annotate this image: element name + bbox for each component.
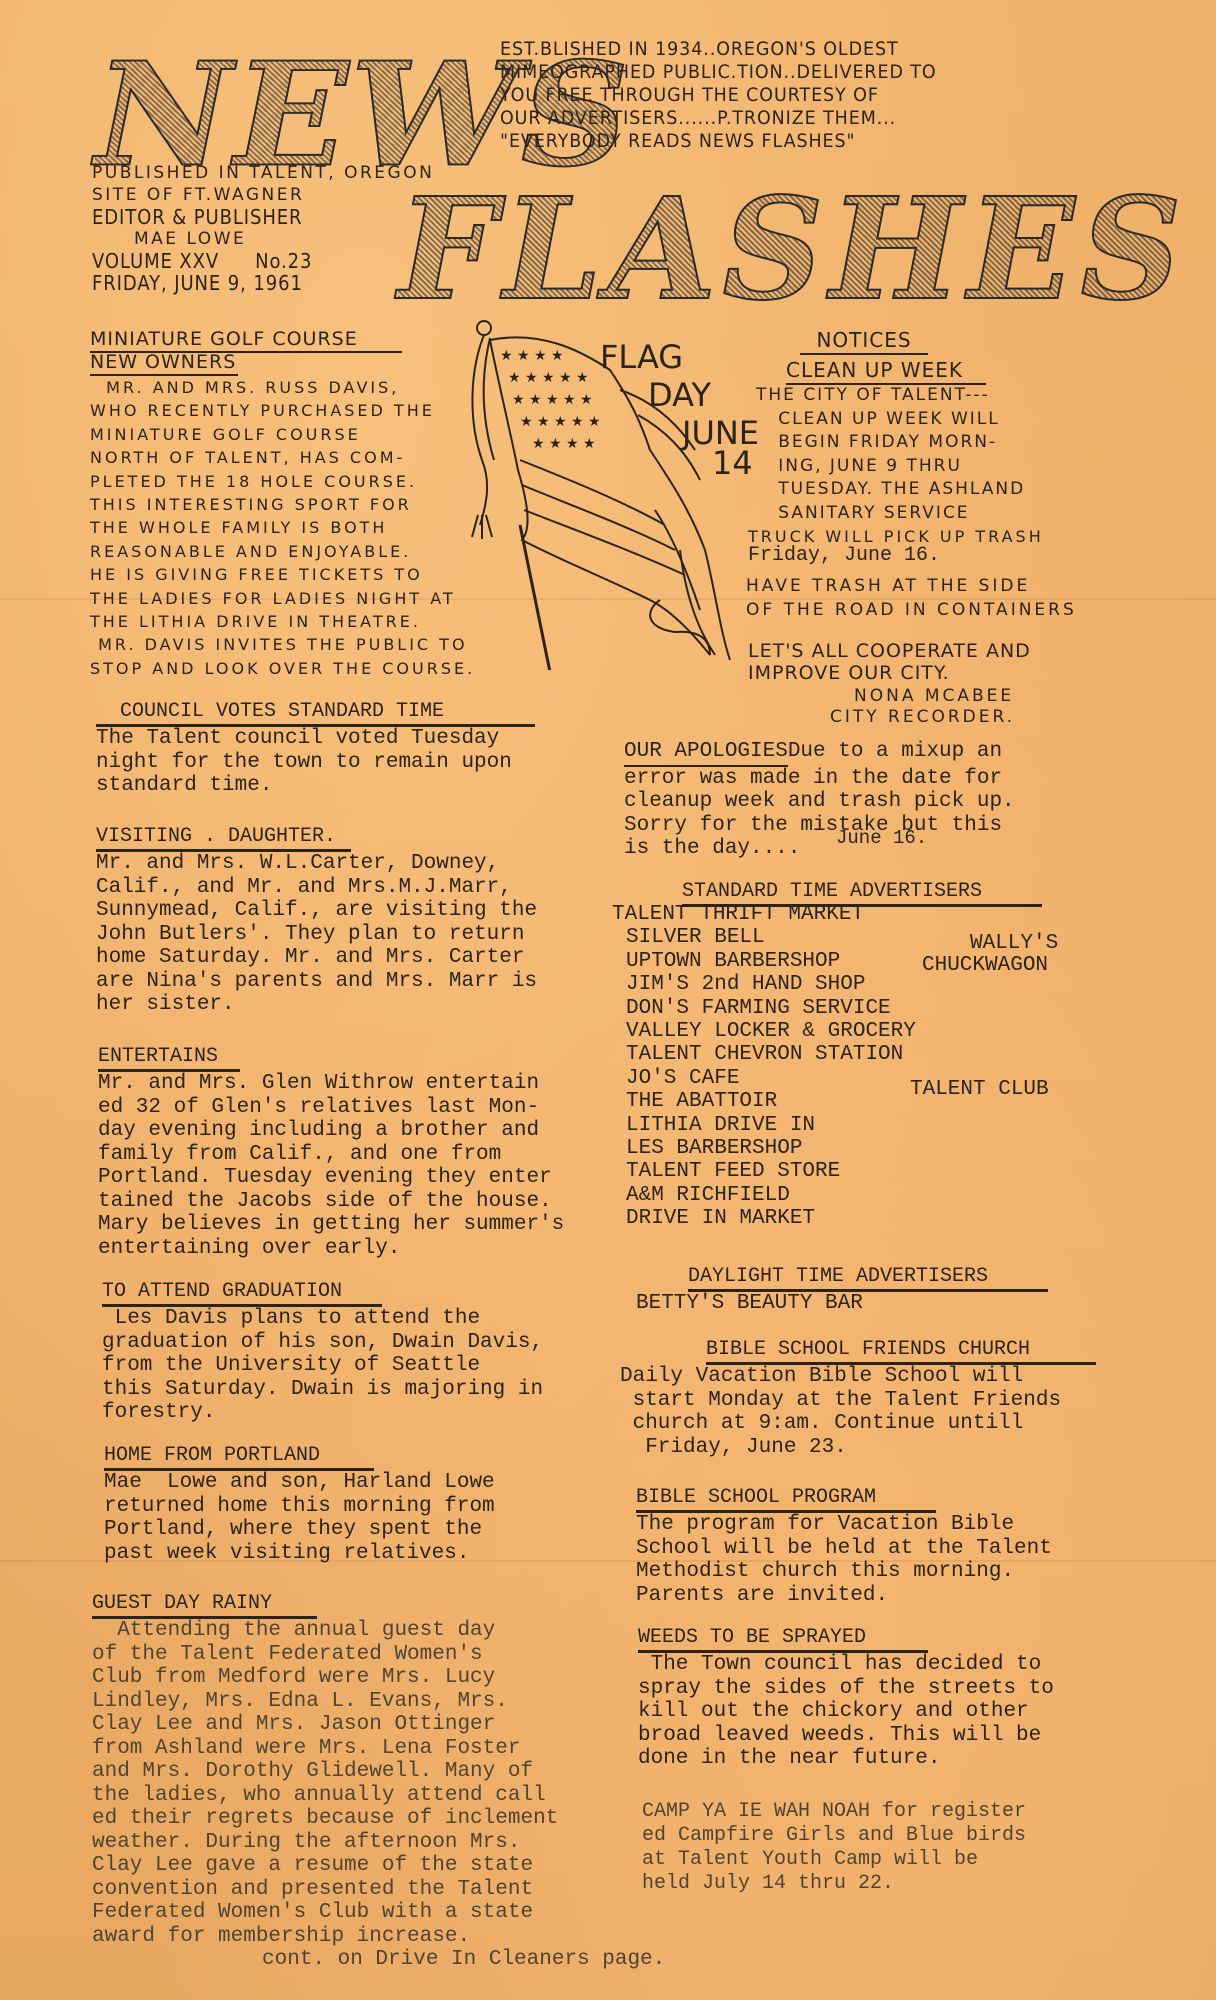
notices-cooperate: LET'S ALL COOPERATE ANDIMPROVE OUR CITY. <box>748 640 1031 684</box>
date-correction: June 16. <box>836 827 927 851</box>
article-headline: MINIATURE GOLF COURSE <box>90 328 402 353</box>
text-line: family from Calif., and one from <box>98 1143 564 1167</box>
site-of: SITE OF FT.WAGNER <box>92 184 434 206</box>
text-line: NORTH OF TALENT, HAS COM- <box>90 446 475 469</box>
text-line: The Talent council voted Tuesday <box>96 727 535 751</box>
article-headline: WEEDS TO BE SPRAYED <box>638 1626 928 1653</box>
text-line: The program for Vacation Bible <box>636 1513 1052 1537</box>
text-line: the ladies, who annually attend call <box>92 1784 665 1808</box>
text-line: DRIVE IN MARKET <box>612 1207 1042 1230</box>
text-line: WHO RECENTLY PURCHASED THE <box>90 399 475 422</box>
notices-trash: HAVE TRASH AT THE SIDEOF THE ROAD IN CON… <box>746 574 1077 622</box>
flag-day-line: FLAG <box>600 338 759 376</box>
text-line: from Ashland were Mrs. Lena Foster <box>92 1737 665 1761</box>
text-line: tained the Jacobs side of the house. <box>98 1190 564 1214</box>
text-line: award for membership increase. <box>92 1925 665 1949</box>
text-line: weather. During the afternoon Mrs. <box>92 1831 665 1855</box>
article-headline: BIBLE SCHOOL PROGRAM <box>636 1486 936 1513</box>
svg-text:★ ★ ★ ★: ★ ★ ★ ★ <box>500 348 564 364</box>
text-line: Mae Lowe and son, Harland Lowe <box>104 1471 495 1495</box>
text-line: LITHIA DRIVE IN <box>612 1114 1042 1137</box>
text-line: held July 14 thru 22. <box>642 1872 1026 1896</box>
article-headline: TO ATTEND GRADUATION <box>102 1280 382 1307</box>
text-line: ING, JUNE 9 THRU <box>756 455 1025 479</box>
article-headline: OUR APOLOGIES <box>624 740 788 767</box>
section-headline: DAYLIGHT TIME ADVERTISERS <box>688 1265 1048 1292</box>
text-line: Daily Vacation Bible School will <box>620 1365 1096 1389</box>
text-line: The Town council has decided to <box>638 1653 1054 1677</box>
masthead-flashes: FLASHES <box>398 180 1188 320</box>
text-line: Lindley, Mrs. Edna L. Evans, Mrs. <box>92 1690 665 1714</box>
text-line: CLEAN UP WEEK WILL <box>756 408 1025 432</box>
article-visiting: VISITING . DAUGHTER. Mr. and Mrs. W.L.Ca… <box>96 825 537 1017</box>
text-line: VALLEY LOCKER & GROCERY <box>612 1020 1042 1043</box>
text-line: of the Talent Federated Women's <box>92 1643 665 1667</box>
text-line: DON'S FARMING SERVICE <box>612 997 1042 1020</box>
flag-day-notice: FLAG DAY JUNE 14 <box>600 338 759 482</box>
text-line: entertaining over early. <box>98 1237 564 1261</box>
svg-text:★ ★ ★ ★ ★: ★ ★ ★ ★ ★ <box>508 370 589 386</box>
continued-note: cont. on Drive In Cleaners page. <box>92 1948 665 1972</box>
text-line: Clay Lee gave a resume of the state <box>92 1854 665 1878</box>
text-line: ed 32 of Glen's relatives last Mon- <box>98 1096 564 1120</box>
text-line: MINIATURE GOLF COURSE <box>90 423 475 446</box>
text-line: returned home this morning from <box>104 1495 495 1519</box>
text-line: forestry. <box>102 1401 543 1425</box>
text-line: Les Davis plans to attend the <box>102 1307 543 1331</box>
editor-name: MAE LOWE <box>92 228 434 250</box>
article-bible-program: BIBLE SCHOOL PROGRAM The program for Vac… <box>636 1486 1052 1607</box>
notices-headline: CLEAN UP WEEK <box>786 358 986 385</box>
text-line: ed Campfire Girls and Blue birds <box>642 1824 1026 1848</box>
article-subheadline: NEW OWNERS <box>90 351 238 376</box>
article-golf: MINIATURE GOLF COURSE NEW OWNERS MR. AND… <box>90 328 475 680</box>
text-line: OF THE ROAD IN CONTAINERS <box>746 598 1077 622</box>
article-graduation: TO ATTEND GRADUATION Les Davis plans to … <box>102 1280 543 1425</box>
text-line: School will be held at the Talent <box>636 1537 1052 1561</box>
article-council: COUNCIL VOTES STANDARD TIME The Talent c… <box>96 700 535 798</box>
tagline-line: OUR ADVERTISERS......P.TRONIZE THEM... <box>500 107 1015 130</box>
text-line: Friday, June 23. <box>620 1436 1096 1460</box>
text-line: Mr. and Mrs. Glen Withrow entertain <box>98 1072 564 1096</box>
tagline-line: YOU FREE THROUGH THE COURTESY OF <box>500 84 1015 107</box>
flag-day-line: DAY <box>600 376 759 414</box>
signature-name: NONA MCABEE <box>830 686 1015 706</box>
text-line: IMPROVE OUR CITY. <box>748 662 1031 684</box>
text-line: TALENT FEED STORE <box>612 1160 1042 1183</box>
article-guest-day: GUEST DAY RAINY Attending the annual gue… <box>92 1592 665 1972</box>
text-line: THE LADIES FOR LADIES NIGHT AT <box>90 587 475 610</box>
text-line: Parents are invited. <box>636 1584 1052 1608</box>
svg-text:★ ★ ★ ★: ★ ★ ★ ★ <box>532 436 596 452</box>
volume-line: VOLUME XXVNo.23 <box>92 250 400 272</box>
text-line: standard time. <box>96 774 535 798</box>
text-line: convention and presented the Talent <box>92 1878 665 1902</box>
article-headline: ENTERTAINS <box>98 1045 240 1072</box>
text-line: broad leaved weeds. This will be <box>638 1724 1054 1748</box>
text-line: done in the near future. <box>638 1747 1054 1771</box>
article-apologies: OUR APOLOGIESDue to a mixup an error was… <box>624 740 1015 861</box>
text-line: Attending the annual guest day <box>92 1619 665 1643</box>
text-line: STOP AND LOOK OVER THE COURSE. <box>90 657 475 680</box>
text-line: Calif., and Mr. and Mrs.M.J.Marr, <box>96 876 537 900</box>
text-line: MR. AND MRS. RUSS DAVIS, <box>90 376 475 399</box>
article-headline: COUNCIL VOTES STANDARD TIME <box>96 700 535 727</box>
svg-text:★ ★ ★ ★ ★: ★ ★ ★ ★ ★ <box>520 414 601 430</box>
article-camp: CAMP YA IE WAH NOAH for registered Campf… <box>642 1800 1026 1896</box>
article-weeds: WEEDS TO BE SPRAYED The Town council has… <box>638 1626 1054 1771</box>
text-line: Sunnymead, Calif., are visiting the <box>96 899 537 923</box>
text-line: kill out the chickory and other <box>638 1700 1054 1724</box>
text-line: spray the sides of the streets to <box>638 1677 1054 1701</box>
text-line: CAMP YA IE WAH NOAH for register <box>642 1800 1026 1824</box>
text-line: A&M RICHFIELD <box>612 1184 1042 1207</box>
article-headline: BIBLE SCHOOL FRIENDS CHURCH <box>706 1338 1096 1365</box>
text-line: PLETED THE 18 HOLE COURSE. <box>90 470 475 493</box>
text-line: Mary believes in getting her summer's <box>98 1213 564 1237</box>
notices-body: THE CITY OF TALENT--- CLEAN UP WEEK WILL… <box>756 384 1025 525</box>
issue-date: FRIDAY, JUNE 9, 1961 <box>92 272 400 294</box>
text-line: night for the town to remain upon <box>96 751 535 775</box>
text-line: Portland, where they spent the <box>104 1518 495 1542</box>
text-line: her sister. <box>96 993 537 1017</box>
text-line: graduation of his son, Dwain Davis, <box>102 1331 543 1355</box>
text-line: day evening including a brother and <box>98 1119 564 1143</box>
text-line: Portland. Tuesday evening they enter <box>98 1166 564 1190</box>
article-entertains: ENTERTAINS Mr. and Mrs. Glen Withrow ent… <box>98 1045 564 1260</box>
tagline-line: MIMEOGRAPHED PUBLIC.TION..DELIVERED TO <box>500 61 1015 84</box>
notices-section-title: NOTICES <box>800 328 928 355</box>
flag-day-line: 14 <box>600 444 759 482</box>
text-line: Methodist church this morning. <box>636 1560 1052 1584</box>
issue-number: No.23 <box>255 249 312 273</box>
publication-info: PUBLISHED IN TALENT, OREGON SITE OF FT.W… <box>92 162 434 294</box>
text-line: THIS INTERESTING SPORT FOR <box>90 493 475 516</box>
text-line: ed their regrets because of inclement <box>92 1807 665 1831</box>
published-in: PUBLISHED IN TALENT, OREGON <box>92 162 434 184</box>
article-bible-school-friends: BIBLE SCHOOL FRIENDS CHURCH Daily Vacati… <box>620 1338 1096 1459</box>
text-line: BEGIN FRIDAY MORN- <box>756 431 1025 455</box>
text-line: HAVE TRASH AT THE SIDE <box>746 574 1077 598</box>
text-line: Mr. and Mrs. W.L.Carter, Downey, <box>96 852 537 876</box>
signature-title: CITY RECORDER. <box>830 706 1015 728</box>
text-line: from the University of Seattle <box>102 1354 543 1378</box>
text-line: TUESDAY. THE ASHLAND <box>756 478 1025 502</box>
svg-text:★ ★ ★ ★ ★: ★ ★ ★ ★ ★ <box>512 392 593 408</box>
volume: VOLUME XXV <box>92 249 219 273</box>
text-line: REASONABLE AND ENJOYABLE. <box>90 540 475 563</box>
advertiser-item: BETTY'S BEAUTY BAR <box>636 1292 1048 1316</box>
editor-label: EDITOR & PUBLISHER <box>92 206 400 228</box>
text-line: past week visiting relatives. <box>104 1542 495 1566</box>
text-line: THE LITHIA DRIVE IN THEATRE. <box>90 610 475 633</box>
text-line: Federated Women's Club with a state <box>92 1901 665 1925</box>
article-headline: GUEST DAY RAINY <box>92 1592 317 1619</box>
text-line: LET'S ALL COOPERATE AND <box>748 640 1031 662</box>
advertiser-side: CHUCKWAGON <box>922 954 1048 978</box>
article-headline: VISITING . DAUGHTER. <box>96 825 351 852</box>
advertiser-side: TALENT CLUB <box>910 1078 1049 1102</box>
text-line: at Talent Youth Camp will be <box>642 1848 1026 1872</box>
article-home-from-portland: HOME FROM PORTLAND Mae Lowe and son, Har… <box>104 1444 495 1565</box>
text-line: TALENT CHEVRON STATION <box>612 1043 1042 1066</box>
article-headline: HOME FROM PORTLAND <box>104 1444 374 1471</box>
text-line: THE WHOLE FAMILY IS BOTH <box>90 516 475 539</box>
text-line: MR. DAVIS INVITES THE PUBLIC TO <box>90 633 475 656</box>
daylight-time-advertisers: DAYLIGHT TIME ADVERTISERS BETTY'S BEAUTY… <box>636 1265 1048 1316</box>
text-line: start Monday at the Talent Friends <box>620 1389 1096 1413</box>
tagline-line: "EVERYBODY READS NEWS FLASHES" <box>500 130 1015 153</box>
text-line: church at 9:am. Continue untill <box>620 1412 1096 1436</box>
text-line: SANITARY SERVICE <box>756 502 1025 526</box>
tagline-line: EST.BLISHED IN 1934..OREGON'S OLDEST <box>500 38 1015 61</box>
text-line: HE IS GIVING FREE TICKETS TO <box>90 563 475 586</box>
text-line: Club from Medford were Mrs. Lucy <box>92 1666 665 1690</box>
masthead-tagline: EST.BLISHED IN 1934..OREGON'S OLDEST MIM… <box>500 38 1060 153</box>
notices-signature: NONA MCABEE CITY RECORDER. <box>830 686 1015 728</box>
text-line: THE CITY OF TALENT--- <box>756 384 1025 408</box>
text-line: this Saturday. Dwain is majoring in <box>102 1378 543 1402</box>
text-line: home Saturday. Mr. and Mrs. Carter <box>96 946 537 970</box>
advertiser-side: WALLY'S <box>970 932 1058 956</box>
text-line: and Mrs. Dorothy Glidewell. Many of <box>92 1760 665 1784</box>
text-line: Clay Lee and Mrs. Jason Ottinger <box>92 1713 665 1737</box>
text-line: are Nina's parents and Mrs. Marr is <box>96 970 537 994</box>
text-line: LES BARBERSHOP <box>612 1137 1042 1160</box>
notices-truck: TRUCK WILL PICK UP TRASH Friday, June 16… <box>748 528 1044 566</box>
text-line: John Butlers'. They plan to return <box>96 923 537 947</box>
